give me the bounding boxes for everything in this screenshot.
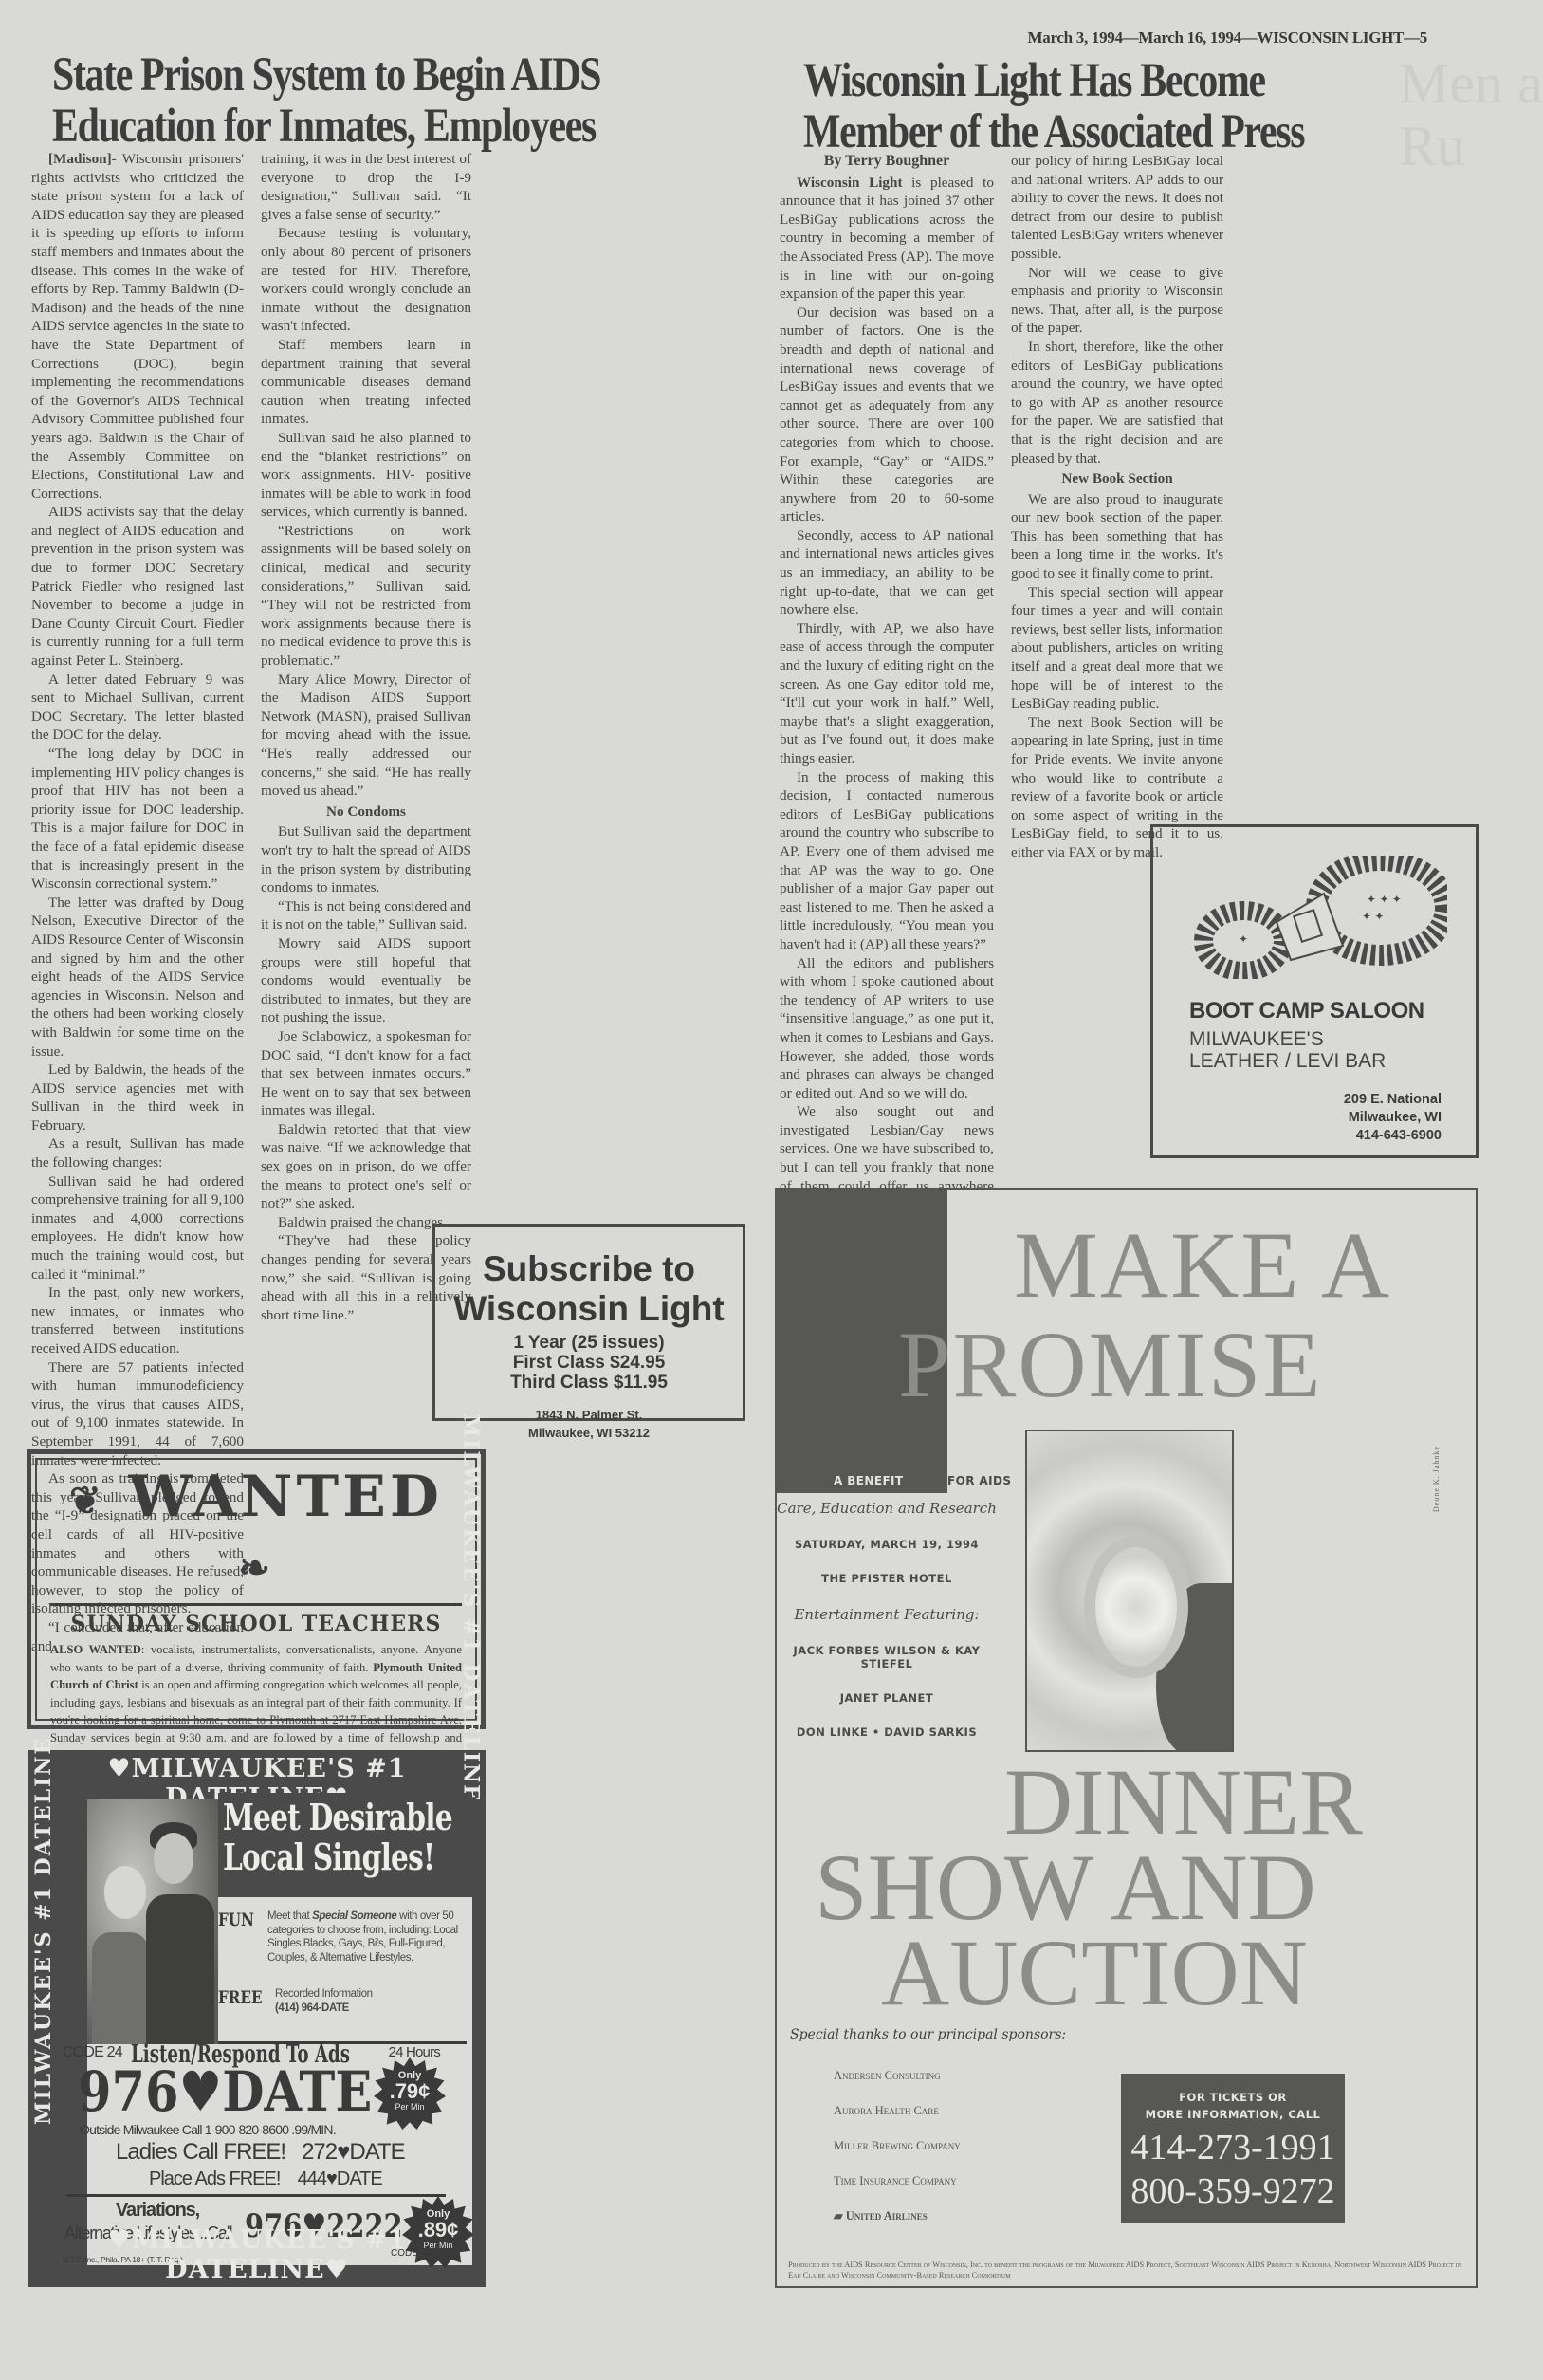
paragraph: This special section will appear four ti… — [1011, 583, 1223, 713]
article2-headline: Wisconsin Light Has Become Member of the… — [803, 55, 1414, 157]
paragraph: A letter dated February 9 was sent to Mi… — [31, 671, 244, 745]
paragraph: Wisconsin Light is pleased to announce t… — [780, 174, 994, 304]
heart-icon: ♥ — [107, 1754, 131, 1783]
paragraph: “The long delay by DOC in implementing H… — [31, 745, 244, 894]
phone-976-date: 976♥DATE — [78, 2063, 372, 2120]
article1-column-2: training, it was in the best interest of… — [261, 150, 471, 1324]
paragraph: “This is not being considered and it is … — [261, 897, 471, 934]
svg-text:✦ ✦ ✦: ✦ ✦ ✦ — [1367, 893, 1402, 906]
article2-column-1: By Terry Boughner Wisconsin Light is ple… — [780, 152, 994, 1307]
article1-column-1: [Madison]- Wisconsin prisoners' rights a… — [31, 150, 244, 1655]
paragraph: Mowry said AIDS support groups were stil… — [261, 934, 471, 1027]
paragraph: Joe Sclabowicz, a spokesman for DOC said… — [261, 1027, 471, 1120]
wanted-body: ALSO WANTED: vocalists, instrumentalists… — [50, 1641, 462, 1764]
rose-photo — [1025, 1430, 1234, 1752]
boot-sole-icon: ✦ ✦ ✦ ✦ ✦ ✦ — [1191, 856, 1447, 979]
united-airlines-logo-icon: ▰ — [834, 2209, 846, 2223]
sponsor-list: Andersen Consulting Aurora Health Care M… — [834, 2058, 961, 2234]
paragraph: Because testing is voluntary, only about… — [261, 224, 471, 336]
wanted-ad[interactable]: ❦ WANTED ❧ SUNDAY SCHOOL TEACHERS ALSO W… — [27, 1449, 486, 1729]
paragraph: In short, therefore, like the other edit… — [1011, 338, 1223, 468]
paragraph: In the past, only new workers, new inmat… — [31, 1283, 244, 1357]
aids-benefit-ad[interactable]: MAKE A PROMISE A BENEFIT FOR AIDS Care, … — [775, 1188, 1478, 2288]
heart-icon: ♥ — [107, 2225, 131, 2255]
paragraph: In the process of making this decision, … — [780, 768, 994, 954]
paragraph: All the editors and publishers with whom… — [780, 954, 994, 1103]
paragraph: As a result, Sullivan has made the follo… — [31, 1135, 244, 1172]
make-a-title: MAKE A — [1014, 1218, 1391, 1313]
heart-icon: ♥ — [325, 2255, 349, 2284]
subhead: New Book Section — [1011, 470, 1223, 489]
paragraph: Secondly, access to AP national and inte… — [780, 526, 994, 619]
svg-text:✦: ✦ — [1239, 932, 1248, 946]
paragraph: Sullivan said he had ordered comprehensi… — [31, 1172, 244, 1284]
svg-text:✦ ✦: ✦ ✦ — [1362, 910, 1384, 923]
paragraph: But Sullivan said the department won't t… — [261, 822, 471, 896]
promise-title: PROMISE — [898, 1318, 1322, 1412]
paragraph: Led by Baldwin, the heads of the AIDS se… — [31, 1061, 244, 1135]
paragraph: We are also proud to inaugurate our new … — [1011, 490, 1223, 583]
flourish-right-icon: ❧ — [238, 1545, 274, 1590]
paragraph: training, it was in the best interest of… — [261, 150, 471, 224]
boot-camp-saloon-ad[interactable]: ✦ ✦ ✦ ✦ ✦ ✦ BOOT CAMP SALOON MILWAUKEE'S… — [1150, 824, 1479, 1158]
paragraph: “Restrictions on work assignments will b… — [261, 522, 471, 671]
subhead: No Condoms — [261, 803, 471, 821]
article2-column-2: our policy of hiring LesBiGay local and … — [1011, 152, 1223, 862]
flourish-left-icon: ❦ — [69, 1479, 105, 1523]
page-folio: March 3, 1994—March 16, 1994—WISCONSIN L… — [948, 28, 1427, 47]
subscribe-ad[interactable]: Subscribe to Wisconsin Light 1 Year (25 … — [432, 1224, 745, 1421]
bleed-through-text: Men a Ru — [1399, 52, 1543, 177]
paragraph: Mary Alice Mowry, Director of the Madiso… — [261, 671, 471, 801]
paragraph: Thirdly, with AP, we also have ease of a… — [780, 619, 994, 768]
paragraph: [Madison]- Wisconsin prisoners' rights a… — [31, 150, 244, 503]
paragraph: Baldwin retorted that that view was naiv… — [261, 1120, 471, 1213]
byline: By Terry Boughner — [780, 152, 994, 171]
paragraph: our policy of hiring LesBiGay local and … — [1011, 152, 1223, 264]
couple-photo — [87, 1799, 218, 2044]
paragraph: Sullivan said he also planned to end the… — [261, 429, 471, 522]
paragraph: Nor will we cease to give emphasis and p… — [1011, 264, 1223, 338]
paragraph: Our decision was based on a number of fa… — [780, 304, 994, 526]
paragraph: The letter was drafted by Doug Nelson, E… — [31, 894, 244, 1061]
dateline-ad[interactable]: ♥MILWAUKEE'S #1 DATELINE♥ MILWAUKEE'S #1… — [28, 1750, 486, 2287]
paragraph: Staff members learn in department traini… — [261, 336, 471, 429]
article1-headline: State Prison System to Begin AIDS Educat… — [52, 49, 721, 152]
price-burst-79: Only .79¢ Per Min — [374, 2057, 446, 2130]
paragraph: AIDS activists say that the delay and ne… — [31, 503, 244, 670]
tickets-box: FOR TICKETS OR MORE INFORMATION, CALL 41… — [1121, 2074, 1345, 2223]
